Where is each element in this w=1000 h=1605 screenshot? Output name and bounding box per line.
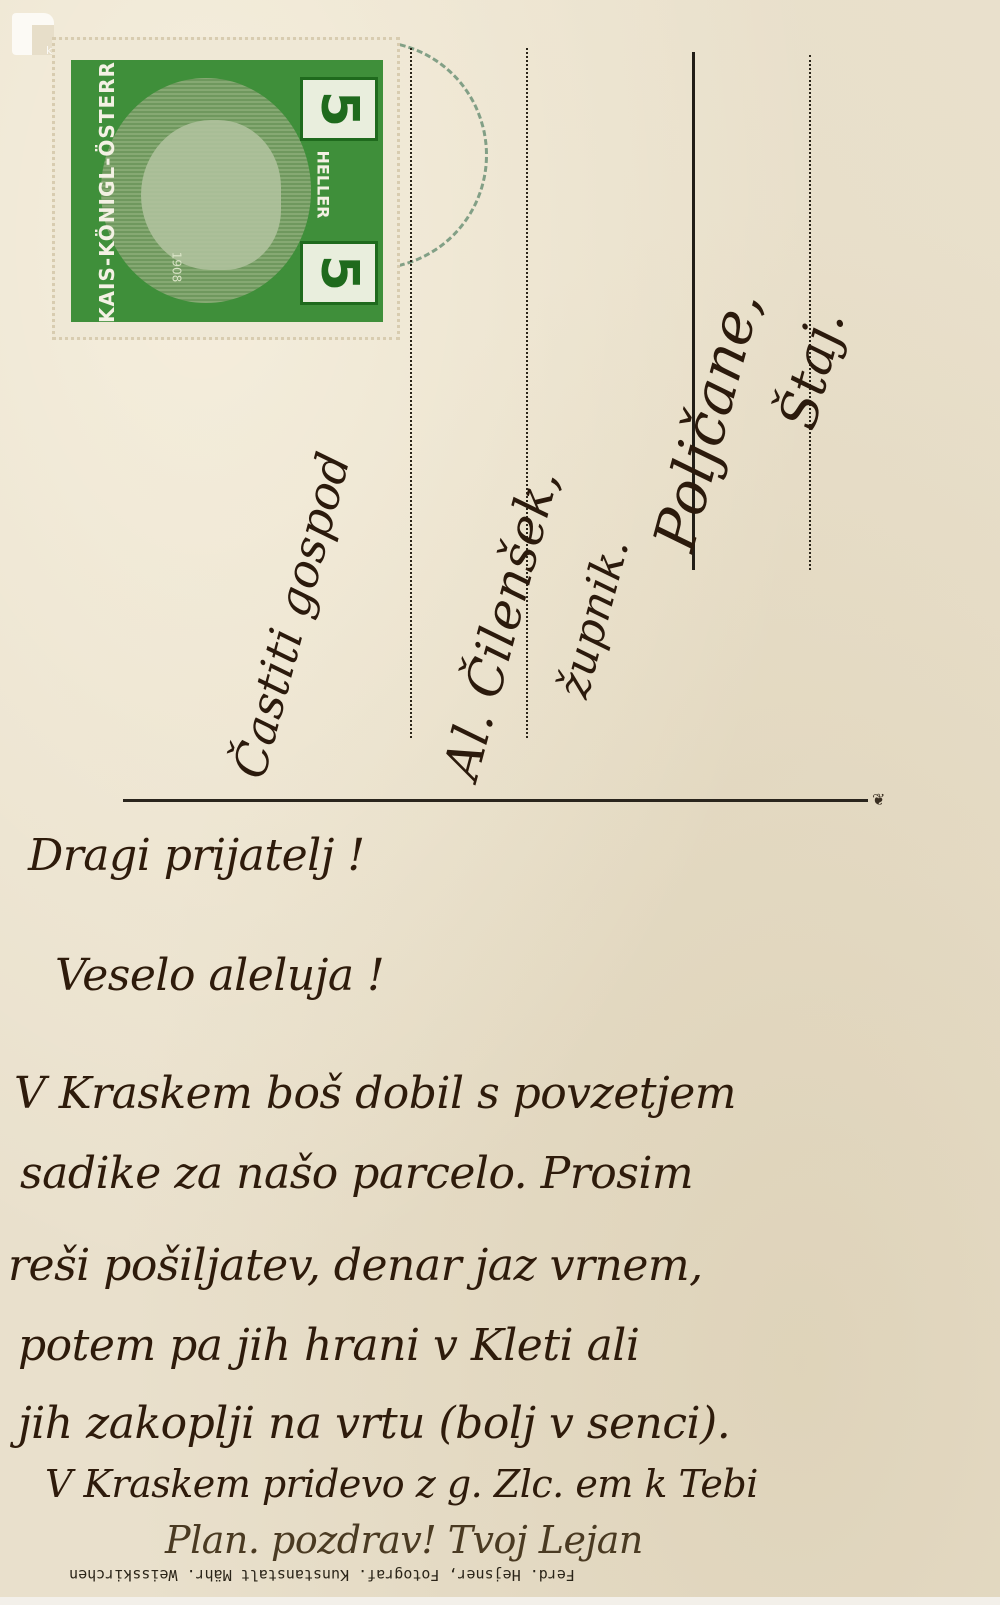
portrait-icon bbox=[141, 120, 281, 270]
message-line-6: potem pa jih hrani v Kleti ali bbox=[18, 1320, 639, 1371]
message-signature: Plan. pozdrav! Tvoj Lejan bbox=[165, 1518, 643, 1562]
address-line-5: Štaj. bbox=[768, 304, 857, 436]
postage-stamp: KAIS-KÖNIGL-ÖSTERR 5 HELLER 5 1908 bbox=[52, 37, 400, 340]
message-line-3: V Kraskem boš dobil s povzetjem bbox=[14, 1068, 736, 1119]
stamp-value-top: 5 bbox=[300, 77, 378, 141]
printer-imprint: Ferd. Hejsner, Fotograf. Kunstanstalt Mä… bbox=[62, 1566, 582, 1584]
address-line-1: Častiti gospod bbox=[222, 447, 361, 784]
scan-edge bbox=[0, 1597, 1000, 1605]
message-line-7: jih zakoplji na vrtu (bolj v senci). bbox=[18, 1398, 730, 1449]
message-line-2: Veselo aleluja ! bbox=[55, 950, 384, 1001]
stamp-value-bottom: 5 bbox=[300, 241, 378, 305]
message-line-4: sadike za našo parcelo. Prosim bbox=[20, 1148, 693, 1199]
postcard-back: kamra KAIS-KÖNIGL-ÖSTERR 5 HELLER 5 1908… bbox=[0, 0, 1000, 1605]
stamp-print: KAIS-KÖNIGL-ÖSTERR 5 HELLER 5 1908 bbox=[71, 60, 383, 322]
section-divider bbox=[123, 799, 868, 802]
address-line-3: župnik. bbox=[548, 533, 639, 703]
address-line-2: Al. Čilenšek, bbox=[432, 463, 570, 785]
address-rule-1 bbox=[410, 48, 412, 738]
message-line-1: Dragi prijatelj ! bbox=[28, 830, 365, 881]
address-line-4: Poljčane, bbox=[640, 284, 774, 558]
stamp-currency: HELLER bbox=[314, 151, 333, 219]
message-line-5: reši pošiljatev, denar jaz vrnem, bbox=[8, 1240, 703, 1291]
stamp-country-text: KAIS-KÖNIGL-ÖSTERR bbox=[95, 61, 119, 322]
ornament-icon: ❦ bbox=[872, 790, 885, 809]
message-line-8: V Kraskem pridevo z g. Zlc. em k Tebi bbox=[45, 1462, 758, 1506]
stamp-year: 1908 bbox=[169, 252, 183, 283]
